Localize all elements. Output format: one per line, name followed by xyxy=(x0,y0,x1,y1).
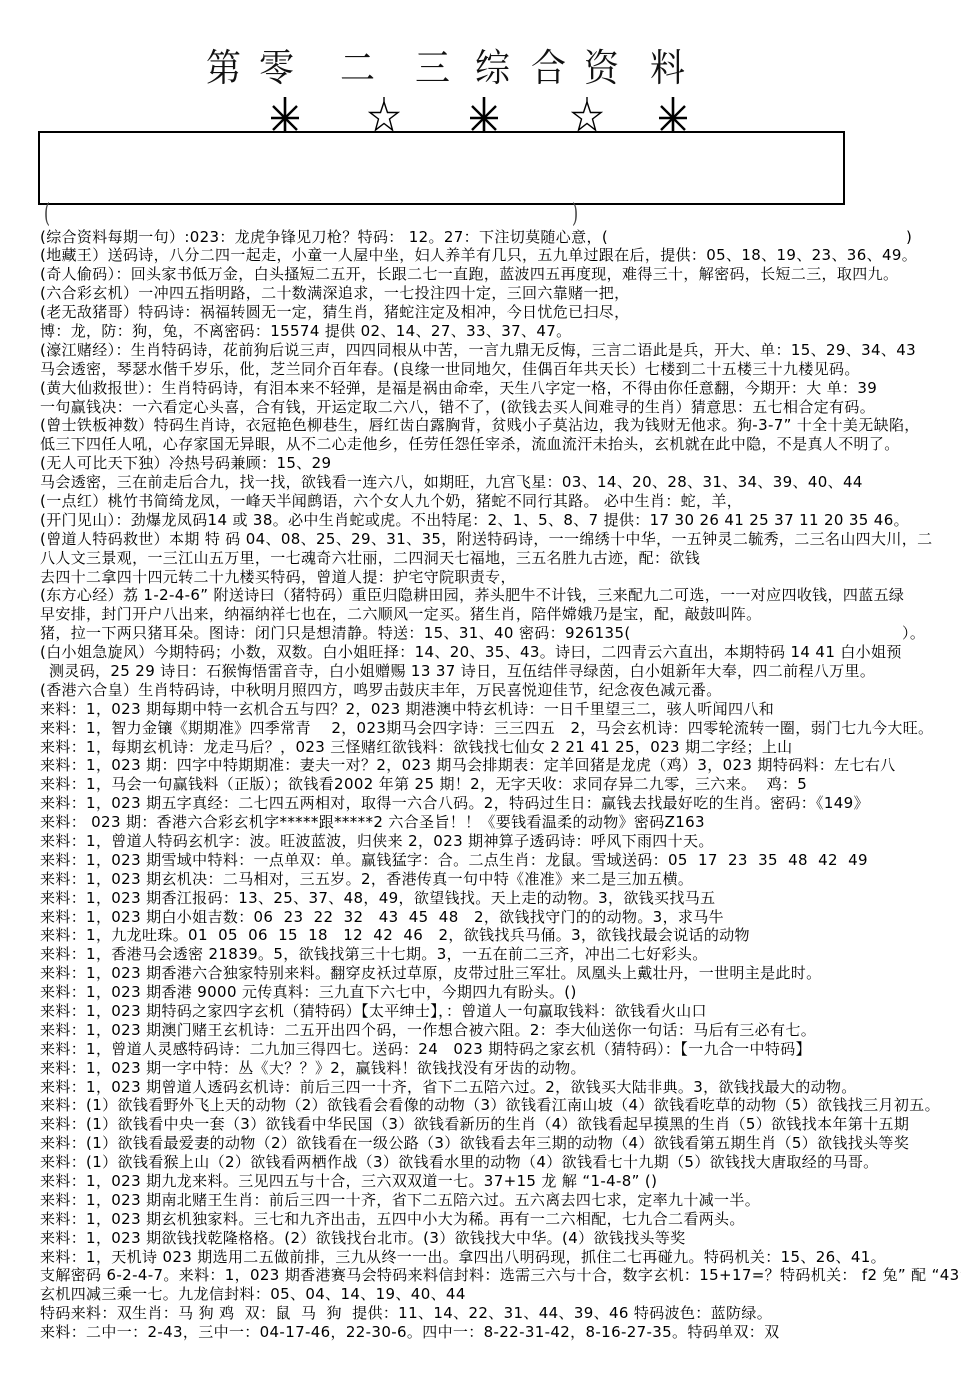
text-line: 来料：1，023 期九龙来料。三见四五与十合，三六双双道一七。37+15 龙 解… xyxy=(40,1172,961,1191)
text-line: 来料：1，马会一句赢钱料（正版）；欲钱看2002 年第 25 期！2，无字天收：… xyxy=(40,775,961,794)
text-line: 来料：1，023 期澳门赌王玄机诗：二五开出四个码，一作想合被六阻。2：李大仙送… xyxy=(40,1021,961,1040)
text-line: 来料： 023 期：香港六合彩玄机字*****跟*****2 六合圣旨！！《要钱… xyxy=(40,813,961,832)
title-char: 零 xyxy=(259,46,294,91)
text-line: 来料：1，023 期香港 9000 元传真料：三九直下六七中，今期四九有盼头。(… xyxy=(40,983,961,1002)
text-line: 玄机四减三乘一七。九龙信封料：05、04、14、19、40、44 xyxy=(40,1285,961,1304)
text-line: 来料：(1）欲钱看中央一套（3）欲钱看中华民国（3）欲钱看新历的生肖（4）欲钱看… xyxy=(40,1115,961,1134)
star-icon xyxy=(571,97,603,133)
text-line: 来料：1，023 期玄机决：二马相对，三五岁。2，香港传真一句中特《准准》来二是… xyxy=(40,870,961,889)
title-char: 三 xyxy=(415,46,450,91)
text-line: 八人文三景观，一三江山五万里，一七魂奇六壮丽，二四洞天七福地，三五名胜九古迹，配… xyxy=(40,549,961,568)
text-line: (开门见山）：劲爆龙凤码14 或 38。必中生肖蛇或虎。不出特尾：2、1、5、8… xyxy=(40,511,961,530)
asterisk-icon xyxy=(270,97,300,133)
text-line: (地藏王）送码诗，八分二四一起走，小童一人屋中坐，妇人养羊有几只，五九单过跟在后… xyxy=(40,246,961,265)
line-text: (综合资料每期一句）:023：龙虎争锋见刀枪？特码： 12。27：下注切莫随心意… xyxy=(40,228,608,246)
text-line: 来料：1，023 期香江报码：13、25、37、48，49，欲望钱找。天上走的动… xyxy=(40,889,961,908)
text-line: 低三下四任人吼，心存家国无异眼，从不二心走他乡，任劳任怨任宰杀，流血流汗未抬头，… xyxy=(40,435,961,454)
text-line: 来料：1，023 期玄机独家料。三七和九齐出击，五四中小大为稀。再有一二六相配，… xyxy=(40,1210,961,1229)
text-line: 来料：(1）欲钱看最爱妻的动物（2）欲钱看在一级公路（3）欲钱看去年三期的动物（… xyxy=(40,1134,961,1153)
title-char: 资 xyxy=(584,46,619,91)
text-line: 早安排，封门开户八出来，纳福纳祥七也在，二六顺风一定买。猪生肖，陪伴嫦娥乃是宝，… xyxy=(40,605,961,624)
title-char: 综 xyxy=(475,46,510,91)
text-line: (东方心经）荔 1-2-4-6” 附送诗曰（猪特码）重臣归隐耕田园，荞头肥牛不计… xyxy=(40,586,961,605)
text-line: 来料：1，023 期一字中特：丛《大？？》2，赢钱料！欲钱找没有牙齿的动物。 xyxy=(40,1059,961,1078)
text-line: 来料：(1）欲钱看猴上山（2）欲钱看两栖作战（3）欲钱看水里的动物（4）欲钱看七… xyxy=(40,1153,961,1172)
line-tail: ）。 xyxy=(902,624,925,643)
text-line: (一点红）桃竹书简绮龙凤，一峰天半闻鹧语，六个女人九个奶，猪蛇不同行其路。 必中… xyxy=(40,492,961,511)
text-line: 博：龙，防：狗，兔，不离密码：15574 提供 02、14、27、33、37、4… xyxy=(40,322,961,341)
document-body: (综合资料每期一句）:023：龙虎争锋见刀枪？特码： 12。27：下注切莫随心意… xyxy=(40,228,961,1343)
text-line: 去四十二拿四十四元转二十九楼买特码，曾道人提：护宅守院职责专， xyxy=(40,568,961,587)
text-line: 来料：1，曾道人灵感特码诗：二九加三得四七。送码：24 023 期特码之家玄机（… xyxy=(40,1040,961,1059)
text-line: (白小姐急旋风）今期特码；小数，双数。白小姐旺择：14、20、35、43。诗曰，… xyxy=(40,643,961,662)
text-line: 来料：1，023 期白小姐吉数：06 23 22 32 43 45 48 2，欲… xyxy=(40,908,961,927)
title-char: 料 xyxy=(650,46,685,91)
text-line: 来料：1，023 期香港六合独家特别来料。翻穿皮袄过草原，皮带过肚三军壮。凤凰头… xyxy=(40,964,961,983)
text-line: 来料：1，智力金镶《期期准》四季常青 2，023期马会四字诗：三三四五 2，马会… xyxy=(40,719,961,738)
text-line: (香港六合皇）生肖特码诗，中秋明月照四方，鸣罗击鼓庆丰年，万民喜悦迎佳节，纪念夜… xyxy=(40,681,961,700)
title-char: 二 xyxy=(340,46,375,91)
text-line: 来料：1，023 期：四字中特期期准：妻夫一对？2，023 期马会排期表：定羊回… xyxy=(40,756,961,775)
text-line: 来料：1，九龙吐珠。01 05 06 15 18 12 42 46 2，欲钱找兵… xyxy=(40,926,961,945)
text-line: 来料：1，香港马会透密 21839。5，欲钱找第三十七期。3，一五在前二三齐，冲… xyxy=(40,945,961,964)
text-line: (曾道人特码救世）本期 特 码 04、08、25、29、31、35，附送特码诗，… xyxy=(40,530,961,549)
text-line: 来料：1，天机诗 023 期选用二五做前排，三九从终一一出。拿四出八明码现，抓住… xyxy=(40,1248,961,1267)
asterisk-icon xyxy=(658,97,688,133)
bracket-open: ( xyxy=(44,200,50,228)
text-line: 来料：(1）欲钱看野外飞上天的动物（2）欲钱看会看像的动物（3）欲钱看江南山坡（… xyxy=(40,1096,961,1115)
text-line: (黄大仙救报世）：生肖特码诗，有泪本来不轻弹，是福是祸由命牵，天生八字定一格，不… xyxy=(40,379,961,398)
text-line: (无人可比天下独）冷热号码兼顾：15、29 xyxy=(40,454,961,473)
bracket-close: ) xyxy=(572,200,578,228)
text-line: 来料：二中一：2-43，三中一：04-17-46，22-30-6。四中一：8-2… xyxy=(40,1323,961,1342)
text-line: 来料：1，023 期曾道人透码玄机诗：前后三四一十齐，省下二五陪六过。2，欲钱买… xyxy=(40,1078,961,1097)
text-line: 支解密码 6-2-4-7。来料：1，023 期香港赛马会特码来料信封料：选需三六… xyxy=(40,1266,961,1285)
text-line: 来料：1，023 期南北赌王生肖：前后三四一十齐，省下二五陪六过。五六离去四七求… xyxy=(40,1191,961,1210)
text-line: (老无敌猪哥）特码诗：祸福转圆无一定，猜生肖，猪蛇注定及相冲，今日忧危已扫尽， xyxy=(40,303,961,322)
text-line: 马会透密，琴瑟水偕千岁乐，仳，芝兰同介百年春。(良缘一世同地欠，佳偶百年共天长）… xyxy=(40,360,961,379)
text-line: 来料：1，曾道人特码玄机字：波。旺波蓝波，归侠来 2，023 期神算子透码诗：呼… xyxy=(40,832,961,851)
line-tail: ) xyxy=(906,228,912,247)
text-line: 一句赢钱决：一六看定心头喜，合有钱，开运定取二六八，错不了，(欲钱去买人间难寻的… xyxy=(40,398,961,417)
text-line: 来料：1，023 期特码之家四字玄机（猜特码）【太平绅士】，：曾道人一句赢取钱料… xyxy=(40,1002,961,1021)
text-line: 猪，拉一下两只猪耳朵。图诗：闭门只是想清静。特送：15、31、40 密码：926… xyxy=(40,624,961,643)
text-line: 特码来料：双生肖：马 狗 鸡 双：鼠 马 狗 提供：11、14、22、31、44… xyxy=(40,1304,961,1323)
text-line: (曾士铁板神数）特码生肖诗，衣冠艳色柳巷生，唇红齿白露胸背，贫贱小子莫沾边，我为… xyxy=(40,416,961,435)
text-line: (综合资料每期一句）:023：龙虎争锋见刀枪？特码： 12。27：下注切莫随心意… xyxy=(40,228,961,247)
title-char: 合 xyxy=(531,46,566,91)
banner-box xyxy=(38,131,845,205)
title-char: 第 xyxy=(206,46,241,91)
asterisk-icon xyxy=(469,97,499,133)
text-line: (奇人偷码）：回头家书低万金，白头搔短二五开，长跟二七一直跑，蓝波四五再度现，难… xyxy=(40,265,961,284)
text-line: 来料：1，每期玄机诗：龙走马后？，023 三怪赌红欲钱料：欲钱找七仙女 2 21… xyxy=(40,738,961,757)
text-line: 来料：1，023 期每期中特一玄机合五与四？2，023 期港澳中特玄机诗：一日千… xyxy=(40,700,961,719)
text-line: 测灵码，25 29 诗日：石猴悔悟雷音寺，白小姐赠赐 13 37 诗日，互伍结伴… xyxy=(40,662,961,681)
text-line: (六合彩玄机）一冲四五指明路，二十数满深追求，一七投注四十定，三回六靠赌一把， xyxy=(40,284,961,303)
text-line: (濠江赌经）：生肖特码诗，花前狗后说三声，四四同根从中苦，一言九鼎无反悔，三言二… xyxy=(40,341,961,360)
star-icon xyxy=(368,97,400,133)
text-line: 马会透密，三在前走后合九，找一找，欲钱看一连六八，如期旺，九宫飞星：03、14、… xyxy=(40,473,961,492)
text-line: 来料：1，023 期五字真经：二七四五两相对，取得一六合八码。2，特码过生日：赢… xyxy=(40,794,961,813)
line-text: 猪，拉一下两只猪耳朵。图诗：闭门只是想清静。特送：15、31、40 密码：926… xyxy=(40,624,631,642)
text-line: 来料：1，023 期雪域中特料：一点单双：单。赢钱猛字：合。二点生肖：龙鼠。雪域… xyxy=(40,851,961,870)
text-line: 来料：1，023 期欲钱找乾隆格格。(2）欲钱找台北市。(3）欲钱找大中华。(4… xyxy=(40,1229,961,1248)
